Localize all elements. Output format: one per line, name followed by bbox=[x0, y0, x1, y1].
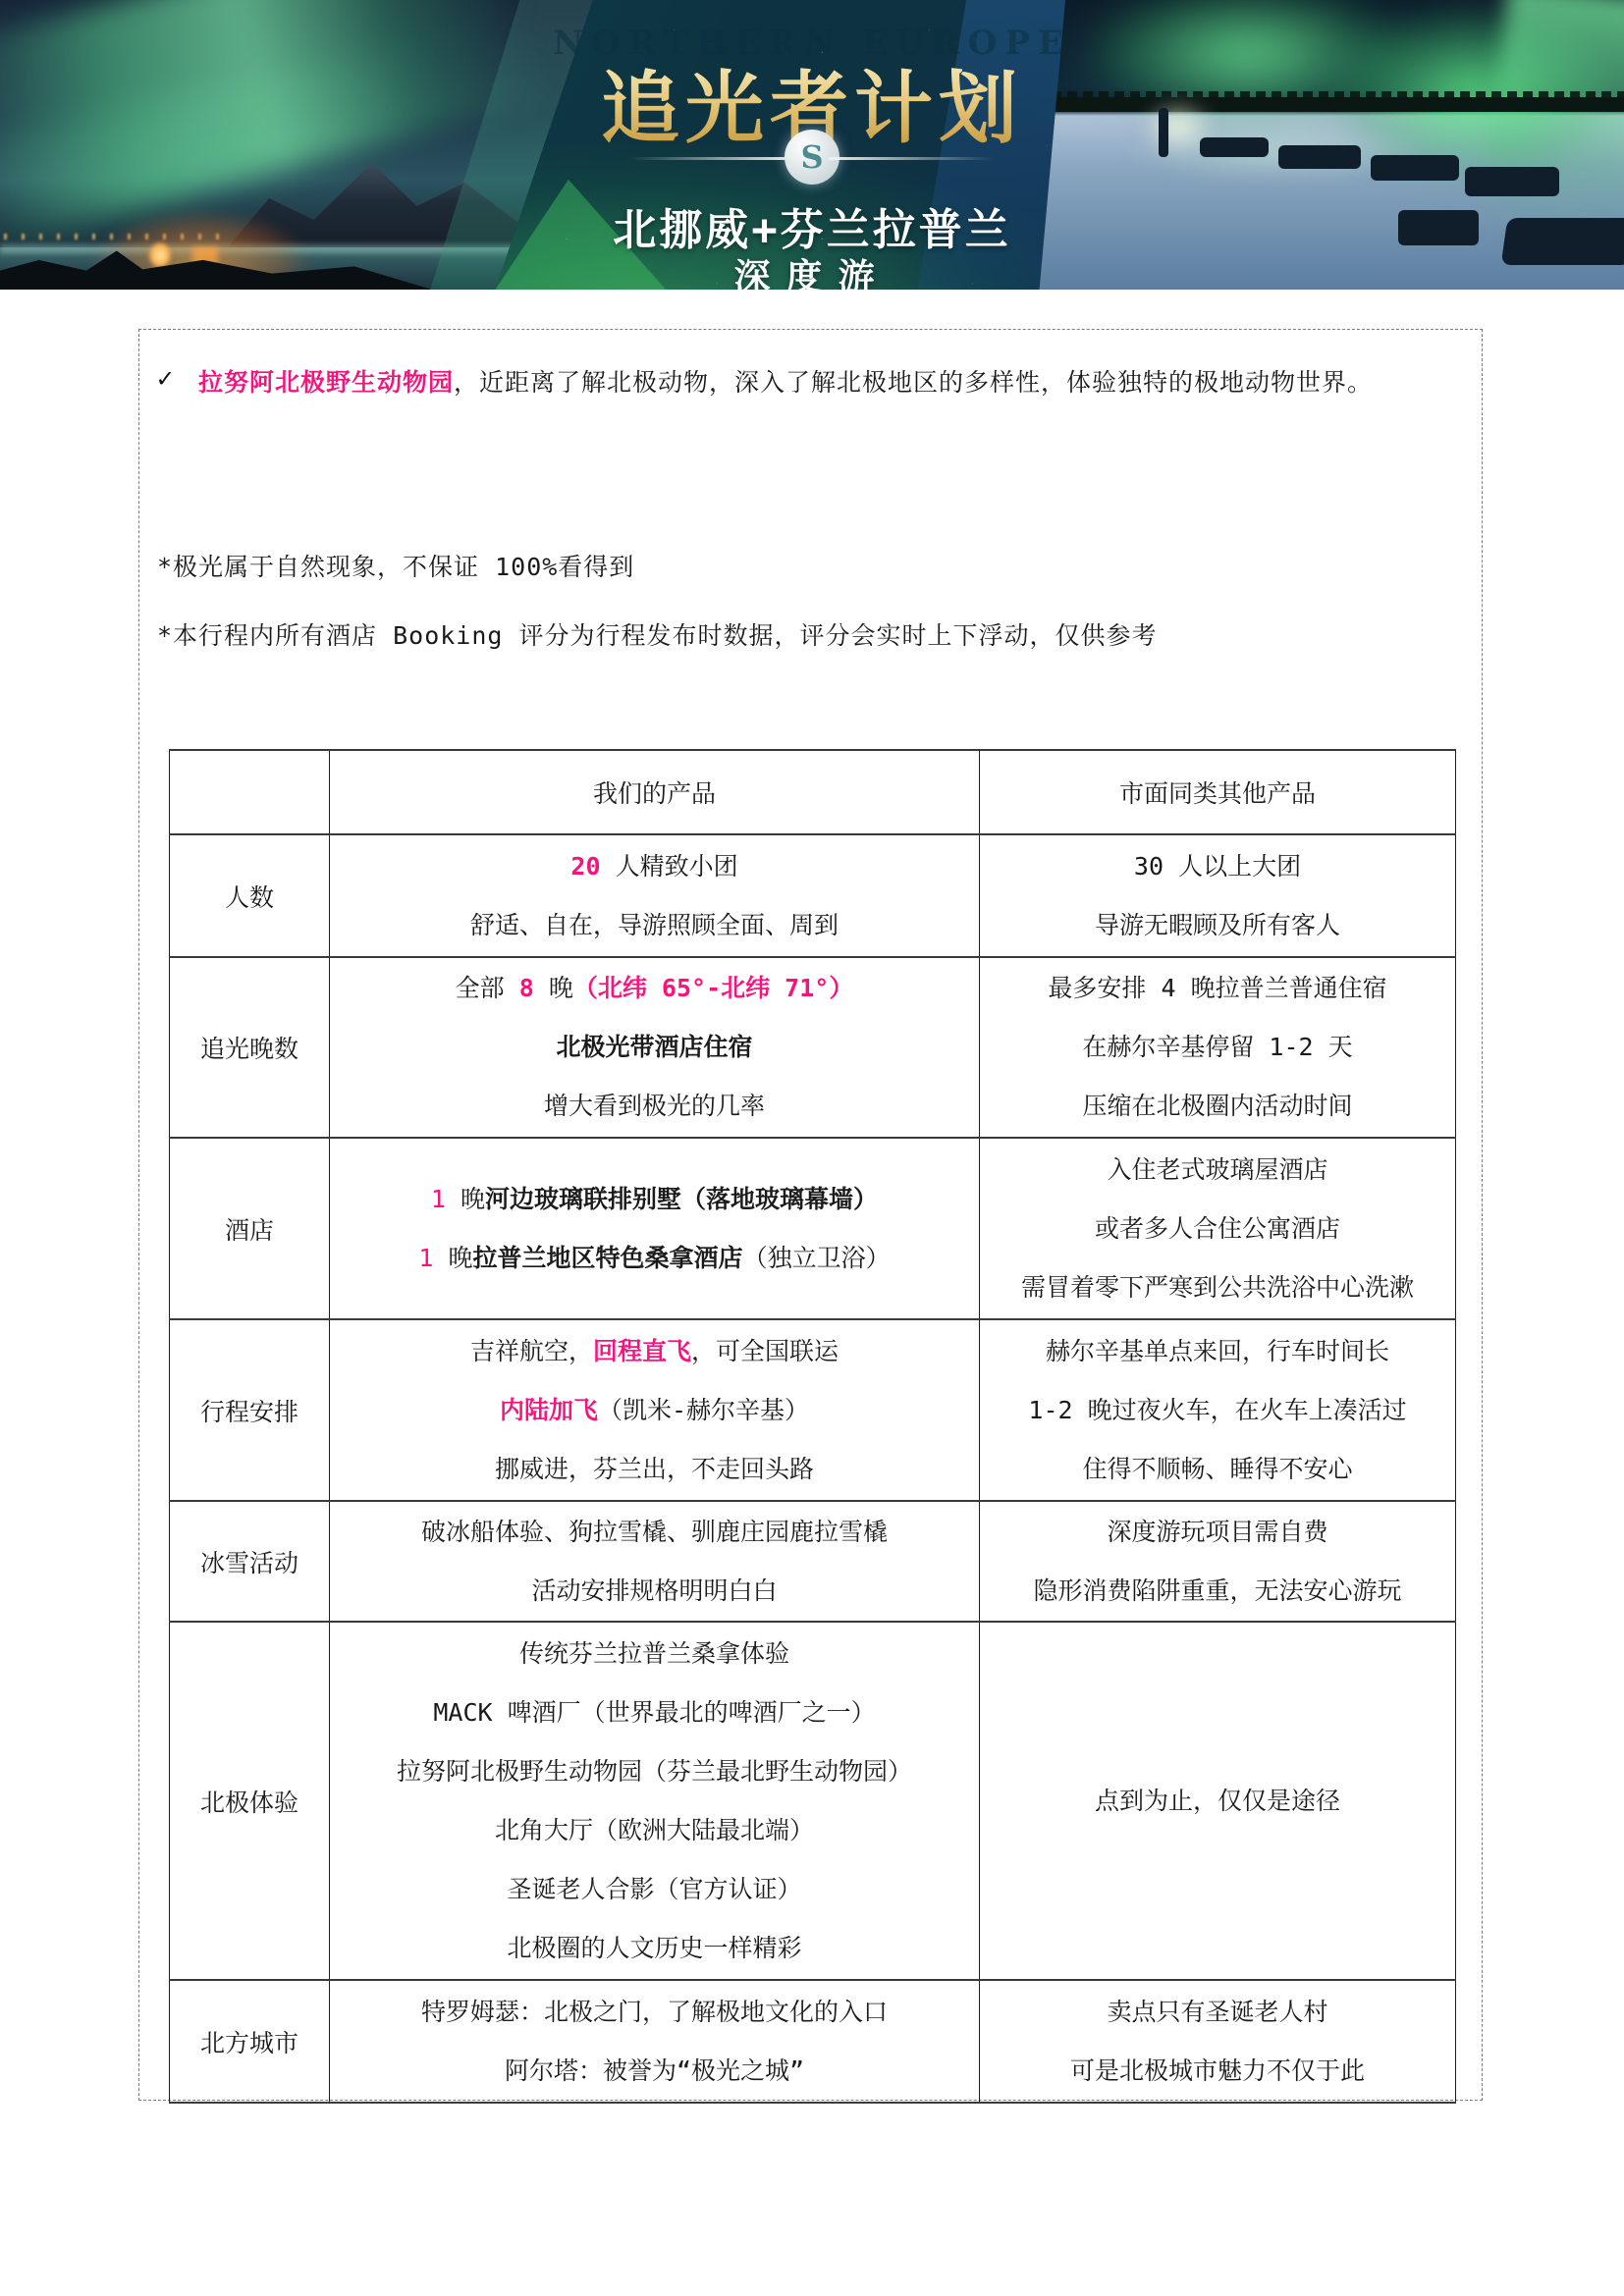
cell-other-product: 卖点只有圣诞老人村可是北极城市魅力不仅于此 bbox=[980, 1980, 1456, 2103]
text-segment: 隐形消费陷阱重重，无法安心游玩 bbox=[1033, 1576, 1401, 1605]
text-segment: 内陆加飞 bbox=[500, 1396, 598, 1424]
text-segment: 在赫尔辛基停留 1-2 天 bbox=[1082, 1033, 1352, 1061]
row-label: 北极体验 bbox=[170, 1622, 330, 1980]
text-segment: 河边玻璃联排别墅（落地玻璃幕墙） bbox=[485, 1185, 878, 1213]
cell-line: 或者多人合住公寓酒店 bbox=[986, 1200, 1449, 1258]
text-segment: 需冒着零下严寒到公共洗浴中心洗漱 bbox=[1021, 1273, 1414, 1302]
highlight-text: 拉努阿北极野生动物园，近距离了解北极动物，深入了解北极地区的多样性，体验独特的极… bbox=[198, 347, 1438, 418]
cell-line: 在赫尔辛基停留 1-2 天 bbox=[986, 1018, 1449, 1077]
cell-line: 特罗姆瑟：北极之门，了解极地文化的入口 bbox=[336, 1983, 973, 2042]
text-segment: 8 bbox=[519, 974, 549, 1002]
emblem-line-left bbox=[630, 157, 795, 160]
cell-line: 入住老式玻璃屋酒店 bbox=[986, 1141, 1449, 1200]
cell-line: 北极圈的人文历史一样精彩 bbox=[336, 1919, 973, 1978]
column-header: 市面同类其他产品 bbox=[980, 750, 1456, 834]
text-segment: 赫尔辛基单点来回，行车时间长 bbox=[1046, 1337, 1389, 1365]
cell-other-product: 最多安排 4 晚拉普兰普通住宿在赫尔辛基停留 1-2 天压缩在北极圈内活动时间 bbox=[980, 957, 1456, 1138]
text-segment: 增大看到极光的几率 bbox=[544, 1092, 765, 1120]
text-segment: 1-2 晚过夜火车，在火车上凑活过 bbox=[1028, 1396, 1406, 1424]
row-label: 行程安排 bbox=[170, 1319, 330, 1501]
cell-our-product: 吉祥航空，回程直飞，可全国联运内陆加飞（凯米-赫尔辛基）挪威进，芬兰出，不走回头… bbox=[330, 1319, 980, 1501]
cell-line: 传统芬兰拉普兰桑拿体验 bbox=[336, 1625, 973, 1683]
cell-our-product: 全部 8 晚（北纬 65°-北纬 71°）北极光带酒店住宿增大看到极光的几率 bbox=[330, 957, 980, 1138]
note-booking-disclaimer: *本行程内所有酒店 Booking 评分为行程发布时数据，评分会实时上下浮动，仅… bbox=[157, 616, 1158, 652]
text-segment: 特罗姆瑟：北极之门，了解极地文化的入口 bbox=[421, 1998, 888, 2026]
cell-line: 可是北极城市魅力不仅于此 bbox=[986, 2042, 1449, 2101]
text-segment: 住得不顺畅、睡得不安心 bbox=[1082, 1455, 1352, 1483]
cell-line: 30 人以上大团 bbox=[986, 837, 1449, 896]
text-segment: 点到为止，仅仅是途径 bbox=[1095, 1787, 1340, 1815]
cell-line: 20 人精致小团 bbox=[336, 837, 973, 896]
cell-line: 北极光带酒店住宿 bbox=[336, 1018, 973, 1077]
table-row: 酒店1 晚河边玻璃联排别墅（落地玻璃幕墙）1 晚拉普兰地区特色桑拿酒店（独立卫浴… bbox=[170, 1138, 1456, 1319]
cell-line: 住得不顺畅、睡得不安心 bbox=[986, 1440, 1449, 1499]
text-segment: ，可全国联运 bbox=[691, 1337, 839, 1365]
table-row: 追光晚数全部 8 晚（北纬 65°-北纬 71°）北极光带酒店住宿增大看到极光的… bbox=[170, 957, 1456, 1138]
column-header: 我们的产品 bbox=[330, 750, 980, 834]
text-segment: 30 人以上大团 bbox=[1134, 852, 1301, 881]
cell-line: 吉祥航空，回程直飞，可全国联运 bbox=[336, 1322, 973, 1381]
cell-line: 破冰船体验、狗拉雪橇、驯鹿庄园鹿拉雪橇 bbox=[336, 1503, 973, 1562]
row-label: 冰雪活动 bbox=[170, 1501, 330, 1622]
table-row: 冰雪活动破冰船体验、狗拉雪橇、驯鹿庄园鹿拉雪橇活动安排规格明明白白深度游玩项目需… bbox=[170, 1501, 1456, 1622]
cell-line: 1 晚河边玻璃联排别墅（落地玻璃幕墙） bbox=[336, 1170, 973, 1229]
text-segment: 阿尔塔：被誉为“极光之城” bbox=[505, 2056, 804, 2085]
text-segment: （独立卫浴） bbox=[743, 1244, 891, 1272]
cell-other-product: 30 人以上大团导游无暇顾及所有客人 bbox=[980, 834, 1456, 957]
text-segment: 吉祥航空， bbox=[470, 1337, 593, 1365]
cell-our-product: 1 晚河边玻璃联排别墅（落地玻璃幕墙）1 晚拉普兰地区特色桑拿酒店（独立卫浴） bbox=[330, 1138, 980, 1319]
highlight-rest: ，近距离了解北极动物，深入了解北极地区的多样性，体验独特的极地动物世界。 bbox=[454, 368, 1373, 397]
checkmark-icon: ✓ bbox=[157, 363, 173, 394]
text-segment: 拉普兰地区特色桑拿酒店 bbox=[473, 1244, 743, 1272]
highlight-lead: 拉努阿北极野生动物园 bbox=[198, 368, 454, 397]
text-segment: （北纬 65°-北纬 71°） bbox=[573, 974, 853, 1002]
cell-line: 1 晚拉普兰地区特色桑拿酒店（独立卫浴） bbox=[336, 1229, 973, 1288]
cell-line: 导游无暇顾及所有客人 bbox=[986, 896, 1449, 955]
cell-line: MACK 啤酒厂（世界最北的啤酒厂之一） bbox=[336, 1683, 973, 1742]
cell-line: 圣诞老人合影（官方认证） bbox=[336, 1860, 973, 1919]
text-segment: 入住老式玻璃屋酒店 bbox=[1107, 1155, 1327, 1184]
text-segment: 全部 bbox=[456, 974, 519, 1002]
row-label: 人数 bbox=[170, 834, 330, 957]
text-segment: MACK 啤酒厂（世界最北的啤酒厂之一） bbox=[433, 1698, 875, 1727]
emblem-line-right bbox=[829, 157, 994, 160]
cell-line: 深度游玩项目需自费 bbox=[986, 1503, 1449, 1562]
table-row: 行程安排吉祥航空，回程直飞，可全国联运内陆加飞（凯米-赫尔辛基）挪威进，芬兰出，… bbox=[170, 1319, 1456, 1501]
cell-other-product: 点到为止，仅仅是途径 bbox=[980, 1622, 1456, 1980]
cell-line: 增大看到极光的几率 bbox=[336, 1077, 973, 1136]
text-segment: 卖点只有圣诞老人村 bbox=[1107, 1998, 1327, 2026]
cell-line: 最多安排 4 晚拉普兰普通住宿 bbox=[986, 959, 1449, 1018]
text-segment: （凯米-赫尔辛基） bbox=[598, 1396, 809, 1424]
row-label: 酒店 bbox=[170, 1138, 330, 1319]
text-segment: 回程直飞 bbox=[593, 1337, 691, 1365]
document-page: NORTHERN EUROPE 追光者计划 S 北挪威+芬兰拉普兰 深度游 ✓ … bbox=[0, 0, 1624, 2296]
text-segment: 晚 bbox=[549, 974, 573, 1002]
cell-line: 压缩在北极圈内活动时间 bbox=[986, 1077, 1449, 1136]
cell-line: 卖点只有圣诞老人村 bbox=[986, 1983, 1449, 2042]
column-header bbox=[170, 750, 330, 834]
text-segment: 圣诞老人合影（官方认证） bbox=[507, 1875, 801, 1903]
text-segment: 拉努阿北极野生动物园（芬兰最北野生动物园） bbox=[397, 1757, 912, 1786]
row-label: 追光晚数 bbox=[170, 957, 330, 1138]
text-segment: 人精致小团 bbox=[616, 852, 738, 881]
text-segment: 1 bbox=[431, 1185, 460, 1213]
table-row: 人数20 人精致小团舒适、自在，导游照顾全面、周到30 人以上大团导游无暇顾及所… bbox=[170, 834, 1456, 957]
cell-line: 1-2 晚过夜火车，在火车上凑活过 bbox=[986, 1381, 1449, 1440]
highlight-bullet: ✓ 拉努阿北极野生动物园，近距离了解北极动物，深入了解北极地区的多样性，体验独特… bbox=[139, 347, 1482, 418]
text-segment: 北极光带酒店住宿 bbox=[556, 1033, 752, 1061]
banner-subtitle-2: 深度游 bbox=[0, 247, 1624, 290]
text-segment: 活动安排规格明明白白 bbox=[531, 1576, 777, 1605]
text-segment: 压缩在北极圈内活动时间 bbox=[1082, 1092, 1352, 1120]
text-segment: 晚 bbox=[449, 1244, 473, 1272]
cell-line: 活动安排规格明明白白 bbox=[336, 1562, 973, 1621]
text-segment: 晚 bbox=[460, 1185, 485, 1213]
cell-our-product: 传统芬兰拉普兰桑拿体验MACK 啤酒厂（世界最北的啤酒厂之一）拉努阿北极野生动物… bbox=[330, 1622, 980, 1980]
cell-other-product: 深度游玩项目需自费隐形消费陷阱重重，无法安心游玩 bbox=[980, 1501, 1456, 1622]
text-segment: 北角大厅（欧洲大陆最北端） bbox=[495, 1816, 814, 1844]
cell-line: 全部 8 晚（北纬 65°-北纬 71°） bbox=[336, 959, 973, 1018]
text-segment: 深度游玩项目需自费 bbox=[1107, 1518, 1327, 1546]
cell-line: 点到为止，仅仅是途径 bbox=[986, 1772, 1449, 1831]
cell-line: 赫尔辛基单点来回，行车时间长 bbox=[986, 1322, 1449, 1381]
cell-line: 拉努阿北极野生动物园（芬兰最北野生动物园） bbox=[336, 1742, 973, 1801]
text-segment: 可是北极城市魅力不仅于此 bbox=[1070, 2056, 1365, 2085]
cell-our-product: 特罗姆瑟：北极之门，了解极地文化的入口阿尔塔：被誉为“极光之城” bbox=[330, 1980, 980, 2103]
content-box: ✓ 拉努阿北极野生动物园，近距离了解北极动物，深入了解北极地区的多样性，体验独特… bbox=[138, 329, 1483, 2101]
header-banner: NORTHERN EUROPE 追光者计划 S 北挪威+芬兰拉普兰 深度游 bbox=[0, 0, 1624, 290]
table-row: 北方城市特罗姆瑟：北极之门，了解极地文化的入口阿尔塔：被誉为“极光之城”卖点只有… bbox=[170, 1980, 1456, 2103]
text-segment: 破冰船体验、狗拉雪橇、驯鹿庄园鹿拉雪橇 bbox=[421, 1518, 888, 1546]
text-segment: 最多安排 4 晚拉普兰普通住宿 bbox=[1048, 974, 1386, 1002]
row-label: 北方城市 bbox=[170, 1980, 330, 2103]
emblem-row: S bbox=[0, 130, 1624, 188]
text-segment: 传统芬兰拉普兰桑拿体验 bbox=[519, 1639, 789, 1668]
cell-other-product: 赫尔辛基单点来回，行车时间长1-2 晚过夜火车，在火车上凑活过住得不顺畅、睡得不… bbox=[980, 1319, 1456, 1501]
cell-line: 挪威进，芬兰出，不走回头路 bbox=[336, 1440, 973, 1499]
cell-line: 舒适、自在，导游照顾全面、周到 bbox=[336, 896, 973, 955]
cell-other-product: 入住老式玻璃屋酒店或者多人合住公寓酒店需冒着零下严寒到公共洗浴中心洗漱 bbox=[980, 1138, 1456, 1319]
cell-line: 需冒着零下严寒到公共洗浴中心洗漱 bbox=[986, 1258, 1449, 1317]
text-segment: 导游无暇顾及所有客人 bbox=[1095, 911, 1340, 939]
cell-line: 内陆加飞（凯米-赫尔辛基） bbox=[336, 1381, 973, 1440]
comparison-table: 我们的产品市面同类其他产品人数20 人精致小团舒适、自在，导游照顾全面、周到30… bbox=[169, 749, 1456, 2104]
emblem-letter: S bbox=[800, 138, 823, 176]
text-segment: 舒适、自在，导游照顾全面、周到 bbox=[470, 911, 839, 939]
table-row: 北极体验传统芬兰拉普兰桑拿体验MACK 啤酒厂（世界最北的啤酒厂之一）拉努阿北极… bbox=[170, 1622, 1456, 1980]
note-aurora-disclaimer: *极光属于自然现象，不保证 100%看得到 bbox=[157, 548, 634, 583]
text-segment: 1 bbox=[418, 1244, 448, 1272]
text-segment: 20 bbox=[570, 852, 615, 881]
cell-line: 阿尔塔：被誉为“极光之城” bbox=[336, 2042, 973, 2101]
cell-line: 隐形消费陷阱重重，无法安心游玩 bbox=[986, 1562, 1449, 1621]
text-segment: 北极圈的人文历史一样精彩 bbox=[507, 1934, 801, 1962]
cell-our-product: 破冰船体验、狗拉雪橇、驯鹿庄园鹿拉雪橇活动安排规格明明白白 bbox=[330, 1501, 980, 1622]
cell-line: 北角大厅（欧洲大陆最北端） bbox=[336, 1801, 973, 1860]
cell-our-product: 20 人精致小团舒适、自在，导游照顾全面、周到 bbox=[330, 834, 980, 957]
text-segment: 挪威进，芬兰出，不走回头路 bbox=[495, 1455, 814, 1483]
text-segment: 或者多人合住公寓酒店 bbox=[1095, 1214, 1340, 1243]
